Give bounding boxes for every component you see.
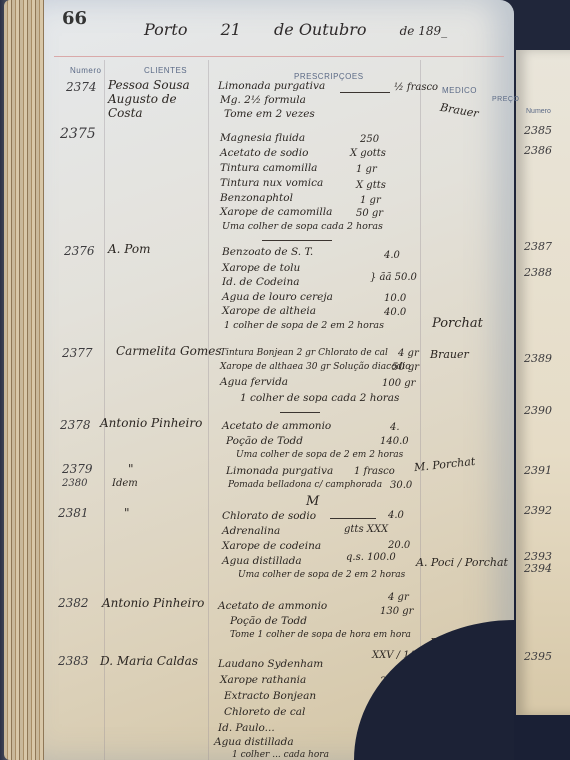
rx-line: Poção de Todd	[226, 435, 303, 447]
rx-line: Uma colher de sopa cada 2 horas	[222, 221, 383, 232]
rx-line: Uma colher de sopa de 2 em 2 horas	[238, 570, 405, 580]
rx-qty: } ãã 50.0	[370, 272, 417, 283]
right-page-number: 2386	[524, 144, 552, 157]
rx-line: Agua fervida	[220, 376, 288, 388]
entry-client: Antonio Pinheiro	[102, 596, 204, 610]
right-page-number: 2385	[524, 124, 552, 137]
entry-doctor: Porchat	[432, 316, 483, 331]
rx-line: Acetato de ammonio	[222, 420, 331, 432]
entry-doctor: Brauer	[430, 348, 469, 361]
entry-number: 2374	[66, 80, 97, 94]
rx-qty: 10.0	[384, 293, 406, 304]
rx-qty: 30.0	[390, 480, 412, 491]
header-clientes: CLIENTES	[144, 66, 187, 75]
entry-doctor: A. Poci / Porchat	[416, 556, 508, 569]
entry-client: Pessoa Sousa Augusto de Costa	[108, 78, 204, 120]
right-page-number: 2392	[524, 504, 552, 517]
rx-line: Tintura Bonjean 2 gr Chlorato de cal	[220, 348, 388, 358]
rx-qty: 1 frasco	[354, 466, 395, 477]
rx-line: Extracto Bonjean	[224, 690, 316, 702]
right-page: Numero 2385 2386 2387 2388 2389 2390 239…	[516, 50, 570, 715]
rx-qty: 1 gr	[360, 195, 381, 206]
date-city: Porto	[144, 20, 187, 39]
rx-line: Limonada purgativa	[218, 80, 325, 92]
rx-line: Chloreto de cal	[224, 706, 305, 718]
rx-qty: ½ frasco	[394, 82, 438, 93]
right-page-number: 2390	[524, 404, 552, 417]
rx-qty: gtts XXX	[344, 524, 388, 535]
rx-line: Agua distillada	[214, 736, 294, 748]
rx-line: 1 colher ... cada hora	[232, 750, 329, 760]
rx-line: Xarope de altheia	[222, 305, 316, 317]
rx-line: Magnesia fluida	[220, 132, 305, 144]
entry-number: 2380	[62, 478, 87, 489]
entry-doctor: M. Porchat	[413, 455, 475, 474]
rx-qty: 50 gr	[356, 208, 383, 219]
header-medico: MEDICO	[442, 86, 477, 95]
right-page-number: 2394	[524, 562, 552, 575]
entry-client: Idem	[112, 478, 138, 489]
rx-qty: 100 gr	[382, 378, 415, 389]
entry-client: Antonio Pinheiro	[100, 416, 202, 430]
rx-line: Acetato de sodio	[220, 147, 308, 159]
rx-line: Acetato de ammonio	[218, 600, 327, 612]
rx-line: Xarope de althaea 30 gr Solução diacodio	[220, 362, 411, 372]
rx-line: Benzoato de S. T.	[222, 246, 313, 258]
header-rule	[54, 56, 504, 57]
rx-line: Poção de Todd	[230, 615, 307, 627]
rx-line: 1 colher de sopa cada 2 horas	[240, 392, 399, 404]
rx-line: Tome 1 colher de sopa de hora em hora	[230, 630, 411, 640]
right-page-header-numero: Numero	[526, 108, 551, 115]
date-line: Porto 21 de Outubro de 189_	[144, 20, 475, 39]
rx-qty: X gtts	[356, 180, 386, 191]
rx-line: Xarope rathania	[220, 674, 306, 686]
entry-client: Carmelita Gomes	[116, 344, 221, 358]
rx-line: Xarope de tolu	[222, 262, 300, 274]
rx-qty: 4.0	[384, 250, 400, 261]
rx-line: Adrenalina	[222, 525, 280, 537]
rx-line: Chlorato de sodio	[222, 510, 316, 522]
rx-qty: X gotts	[350, 148, 386, 159]
page-number: 66	[62, 8, 87, 29]
rx-dash	[340, 92, 390, 93]
rx-qty: 40.0	[384, 307, 406, 318]
entry-number: 2379	[62, 462, 93, 476]
entry-number: 2382	[58, 596, 89, 610]
ledger-page-left: 66 Porto 21 de Outubro de 189_ Numero CL…	[44, 0, 514, 760]
rx-line: Benzonaphtol	[220, 192, 293, 204]
rx-qty: 1 gr	[356, 164, 377, 175]
rx-qty: 20.0	[388, 540, 410, 551]
rx-qty: 50 gr	[392, 362, 419, 373]
rx-line: 1 colher de sopa de 2 em 2 horas	[224, 320, 384, 331]
rx-line: Agua distillada	[222, 555, 302, 567]
rx-qty: 4 gr	[388, 592, 409, 603]
rx-qty: 4 gr	[398, 348, 419, 359]
entry-number: 2383	[58, 654, 89, 668]
right-page-number: 2395	[524, 650, 552, 663]
rx-line: Agua de louro cereja	[222, 291, 333, 303]
column-divider	[208, 60, 209, 760]
entry-client: D. Maria Caldas	[100, 654, 198, 668]
rx-line: Mg. 2½ formula	[220, 94, 306, 106]
rx-line: Tome em 2 vezes	[224, 108, 315, 120]
rx-qty: 140.0	[380, 436, 409, 447]
page-curl-shadow	[354, 620, 514, 760]
rx-qty: 4.	[390, 422, 400, 433]
rx-dash	[262, 240, 332, 241]
rx-line: Id. Paulo...	[218, 722, 275, 734]
header-preco: PREÇO	[492, 96, 519, 103]
rx-qty: 4.0	[388, 510, 404, 521]
entry-number: 2376	[64, 244, 95, 258]
rx-line: Tintura camomilla	[220, 162, 317, 174]
date-month: de Outubro	[274, 20, 366, 39]
rx-line: Xarope de camomilla	[220, 206, 332, 218]
entry-number: 2377	[62, 346, 93, 360]
right-page-number: 2387	[524, 240, 552, 253]
rx-line: Pomada belladona c/ camphorada	[228, 480, 382, 490]
header-numero: Numero	[70, 66, 101, 75]
right-page-number: 2391	[524, 464, 552, 477]
rx-qty: q.s. 100.0	[346, 552, 396, 563]
rx-line: Xarope de codeina	[222, 540, 321, 552]
rx-line: Limonada purgativa	[226, 465, 333, 477]
rx-line: Laudano Sydenham	[218, 658, 323, 670]
rx-dash	[280, 412, 320, 413]
rx-line: Tintura nux vomica	[220, 177, 323, 189]
rx-qty: 130 gr	[380, 606, 413, 617]
rx-line: M	[306, 494, 319, 509]
page-stack-edge	[4, 0, 48, 760]
rx-line: Id. de Codeina	[222, 276, 300, 288]
date-day: 21	[221, 20, 241, 39]
rx-dash	[330, 518, 376, 519]
entry-client: "	[124, 506, 130, 520]
entry-number: 2378	[60, 418, 91, 432]
entry-number: 2381	[58, 506, 89, 520]
rx-line: Uma colher de sopa de 2 em 2 horas	[236, 450, 403, 460]
right-page-number: 2389	[524, 352, 552, 365]
entry-client: "	[128, 462, 134, 476]
rx-qty: 250	[360, 134, 379, 145]
entry-doctor: Brauer	[439, 101, 479, 121]
entry-client: A. Pom	[108, 242, 151, 256]
entry-number: 2375	[60, 126, 96, 142]
right-page-number: 2388	[524, 266, 552, 279]
date-year: de 189_	[400, 24, 448, 38]
